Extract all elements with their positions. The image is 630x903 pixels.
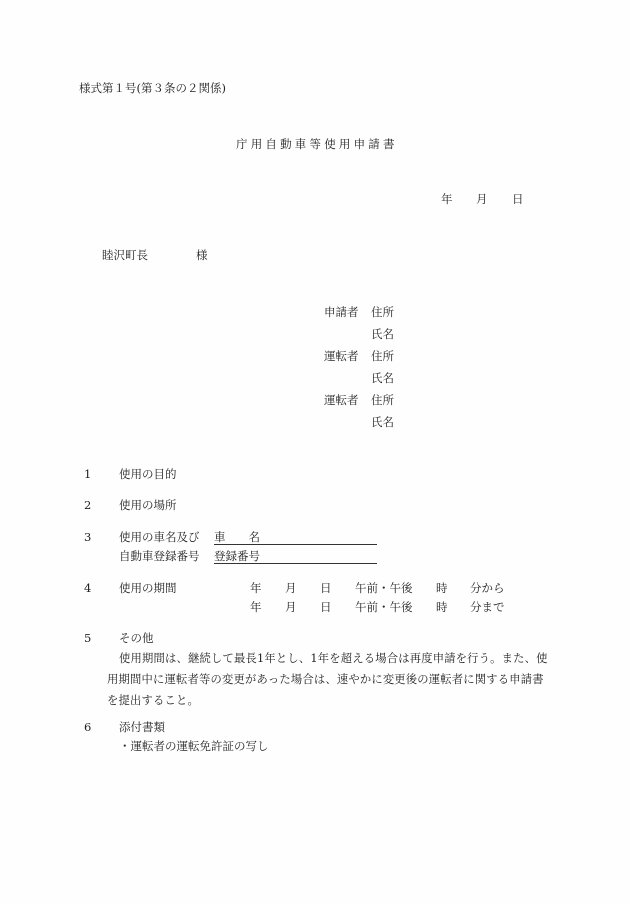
- driver1-role: 運転者: [324, 349, 359, 363]
- date-year: 年: [441, 192, 453, 206]
- driver2-role: 運転者: [324, 393, 359, 407]
- period-to-ampm: 午前・午後: [355, 600, 413, 614]
- item-number: 1: [84, 467, 91, 481]
- item-label: 使用の場所: [119, 498, 177, 512]
- date-day: 日: [512, 192, 524, 206]
- period-to-hour: 時: [436, 600, 448, 614]
- other-paragraph: 使用期間は、継続して最長1年とし、1年を超える場合は再度申請を行う。また、使用期…: [107, 648, 552, 711]
- vehicle-label-1: 使用の車名及び: [119, 530, 200, 544]
- date-month: 月: [476, 192, 488, 206]
- period-to-year: 年: [250, 600, 262, 614]
- period-from-year: 年: [250, 581, 262, 595]
- registration-number-field[interactable]: 登録番号: [214, 549, 377, 564]
- period-to-day: 日: [320, 600, 332, 614]
- period-from-hour: 時: [436, 581, 448, 595]
- driver1-address-label: 住所: [371, 349, 394, 363]
- applicant-role: 申請者: [324, 305, 359, 319]
- addressee-name: 睦沢町長: [102, 248, 148, 262]
- item-label: その他: [119, 631, 154, 645]
- form-number: 様式第１号(第３条の２関係): [79, 81, 226, 95]
- item-label: 使用の目的: [119, 467, 177, 481]
- applicant-address-label: 住所: [371, 305, 394, 319]
- period-from-ampm: 午前・午後: [355, 581, 413, 595]
- addressee-honorific: 様: [196, 248, 208, 262]
- driver1-name-label: 氏名: [371, 371, 394, 385]
- item-label: 添付書類: [119, 720, 165, 734]
- item-label: 使用の期間: [119, 581, 177, 595]
- item-number: 3: [84, 530, 91, 544]
- period-from-month: 月: [285, 581, 297, 595]
- driver2-address-label: 住所: [371, 393, 394, 407]
- applicant-name-label: 氏名: [371, 327, 394, 341]
- period-to-minute: 分まで: [470, 600, 505, 614]
- item-number: 5: [84, 631, 91, 645]
- document-title: 庁用自動車等使用申請書: [236, 137, 398, 151]
- vehicle-label-2: 自動車登録番号: [119, 549, 200, 563]
- vehicle-name-field[interactable]: 車 名: [214, 530, 377, 545]
- item-number: 4: [84, 581, 91, 595]
- period-from-day: 日: [320, 581, 332, 595]
- driver2-name-label: 氏名: [371, 415, 394, 429]
- item-number: 6: [84, 720, 91, 734]
- period-to-month: 月: [285, 600, 297, 614]
- attachment-list-item: ・運転者の運転免許証の写し: [119, 739, 269, 753]
- item-number: 2: [84, 498, 91, 512]
- period-from-minute: 分から: [470, 581, 505, 595]
